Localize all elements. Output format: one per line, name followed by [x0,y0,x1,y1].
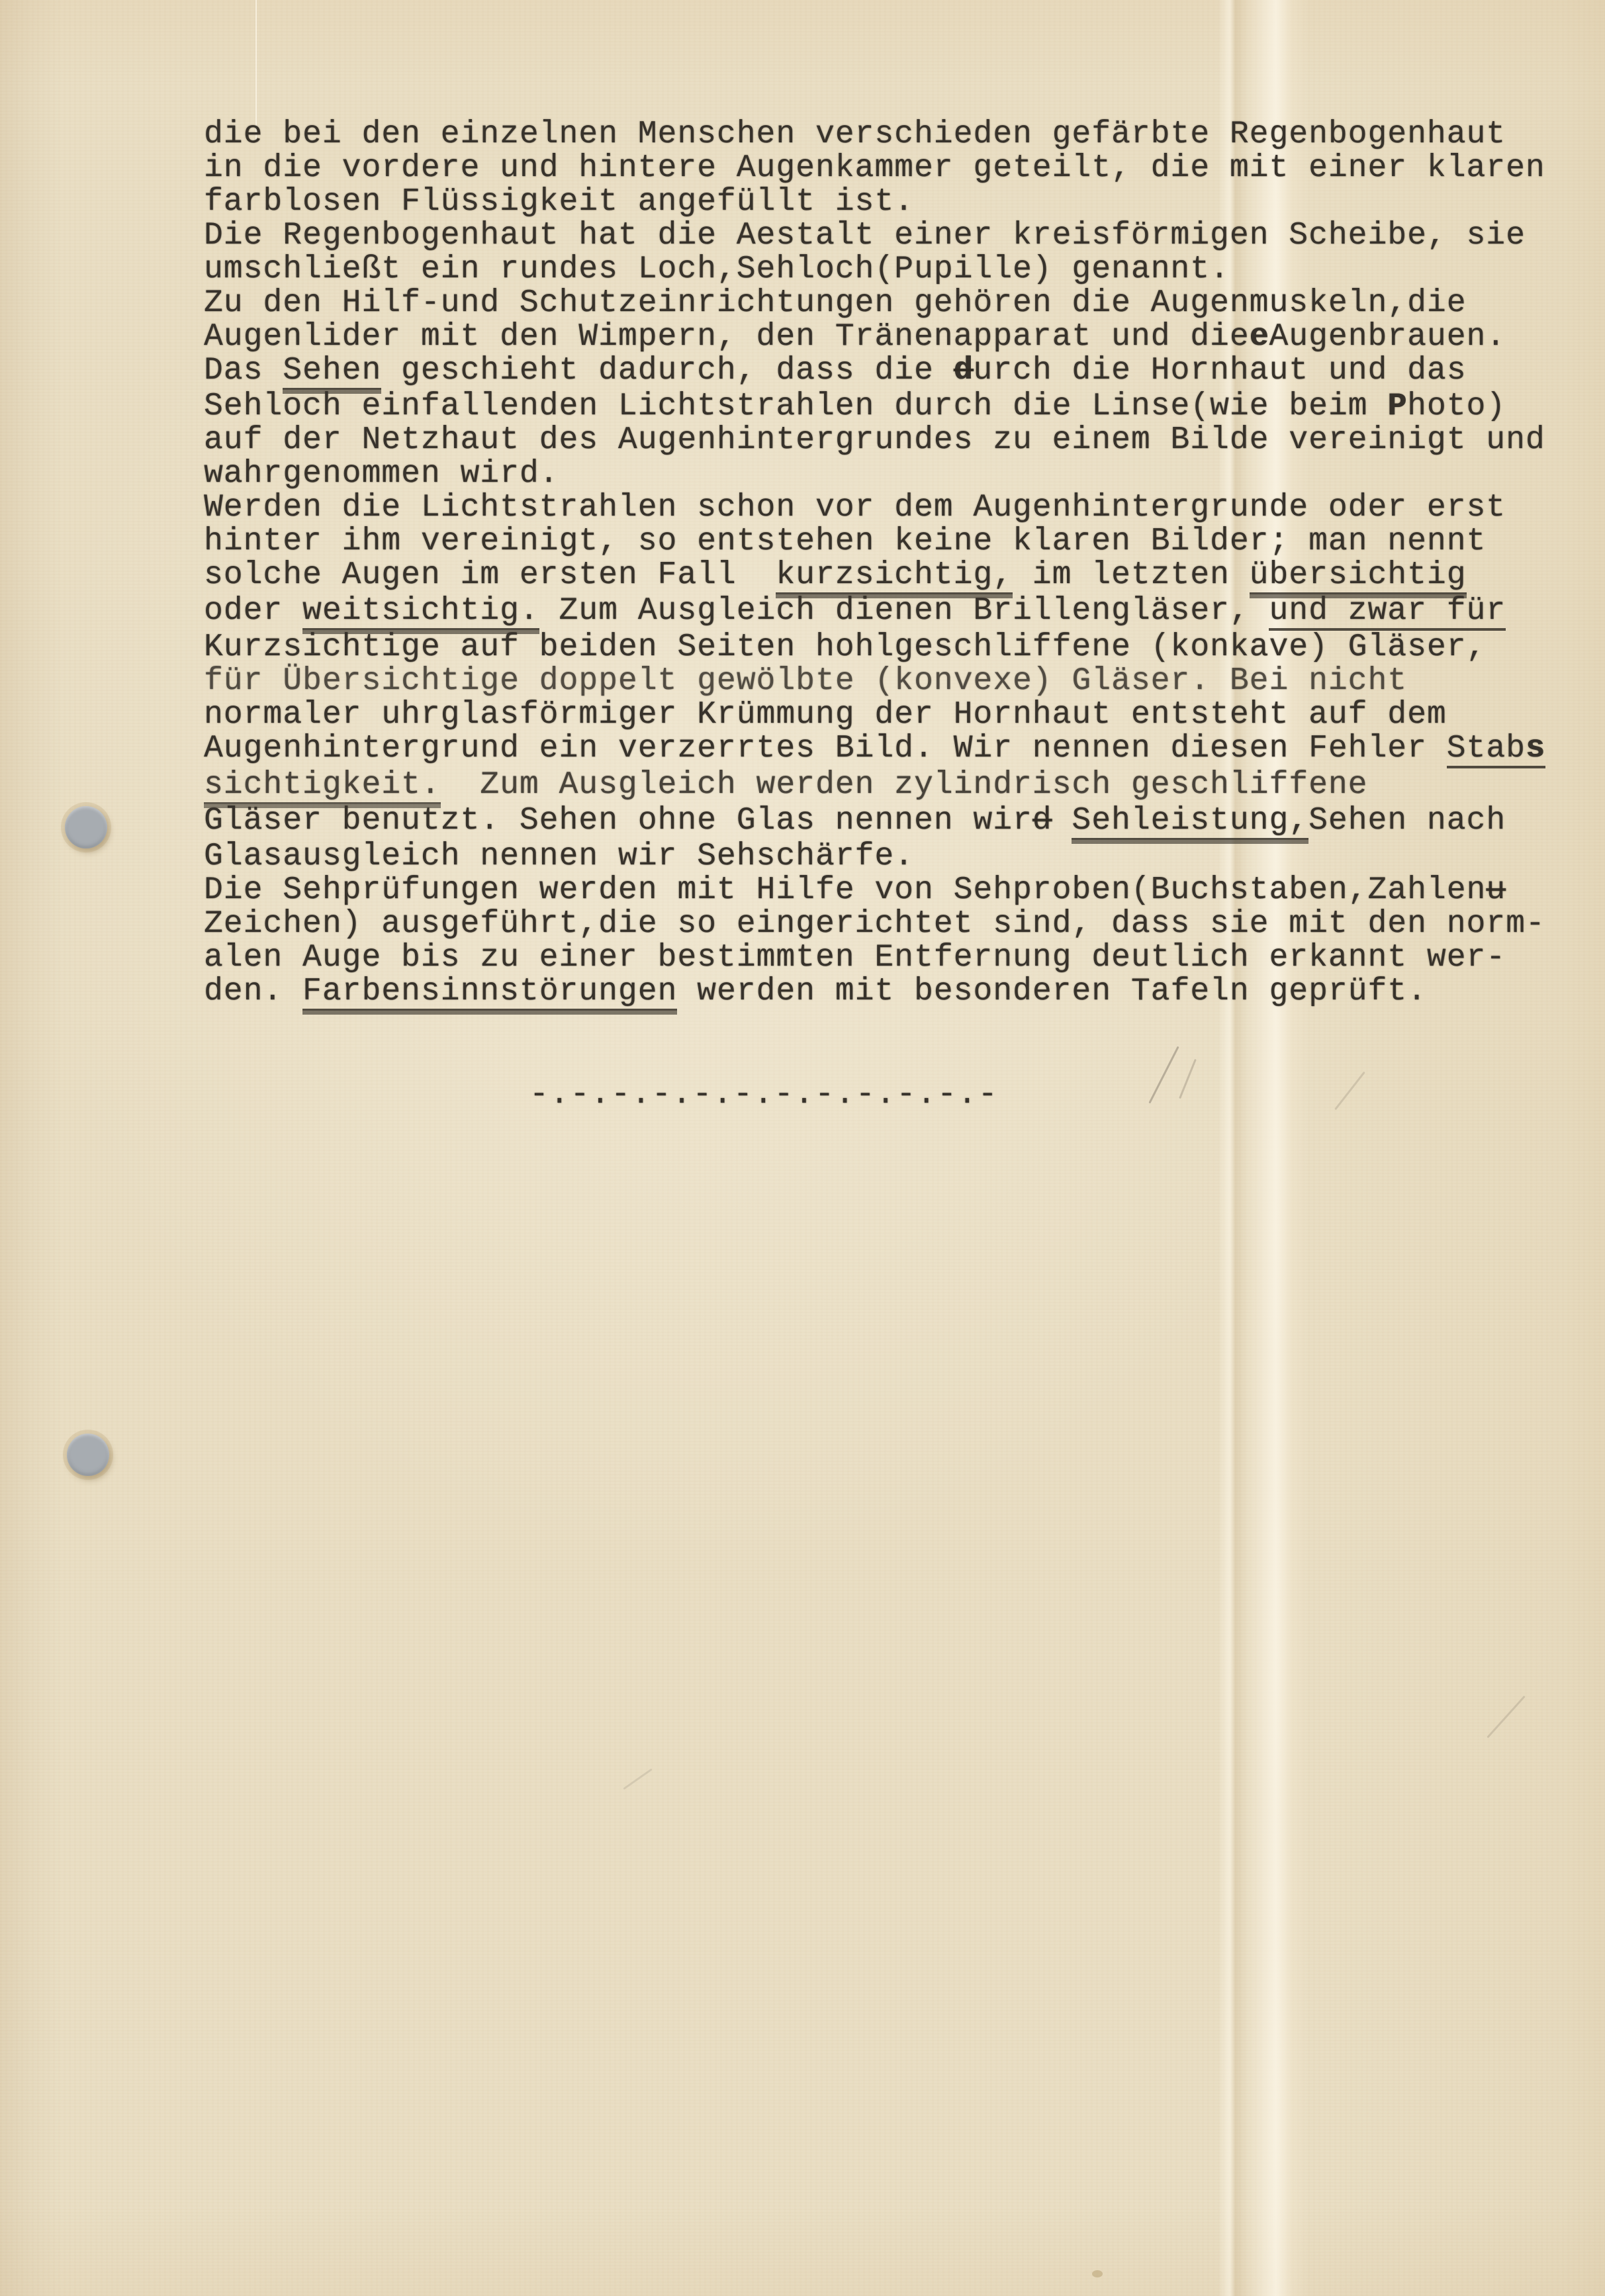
typewritten-line: solche Augen im ersten Fall kurzsichtig,… [204,559,1579,594]
typewritten-line: den. Farbensinnstörungen werden mit beso… [204,975,1579,1011]
typewritten-line: umschließt ein rundes Loch,Sehloch(Pupil… [204,253,1579,287]
text-segment: Augenhintergrund ein verzerrtes Bild. Wi… [204,732,1447,766]
typewritten-line: Zeichen) ausgeführt,die so eingerichtet … [204,907,1579,941]
punch-hole-bottom [67,1434,109,1476]
separator-line: -.-.-.-.-.-.-.-.-.-.-.- [204,1078,1579,1112]
typewritten-line: wahrgenommen wird. [204,457,1579,491]
underlined-text: Sehleistung, [1072,804,1308,840]
text-segment: Kurzsichtige auf beiden Seiten hohlgesch… [204,631,1486,665]
typewritten-line: Gläser benutzt. Sehen ohne Glas nennen w… [204,804,1579,840]
punch-hole-top [65,806,107,849]
underlined-text: weitsichtig. [302,594,539,630]
typewritten-line: Augenlider mit den Wimpern, den Tränenap… [204,320,1579,354]
text-segment: Sehloch einfallenden Lichtstrahlen durch… [204,390,1387,424]
typewritten-line: die bei den einzelnen Menschen verschied… [204,118,1579,152]
text-segment: oder [204,594,302,628]
text-segment: Glasausgleich nennen wir Sehschärfe. [204,840,914,874]
underlined-text: kurzsichtig, [776,559,1013,594]
typewritten-line: Augenhintergrund ein verzerrtes Bild. Wi… [204,732,1579,768]
text-segment: auf der Netzhaut des Augenhintergrundes … [204,424,1545,457]
typewritten-line: Das Sehen geschieht dadurch, dass die du… [204,354,1579,390]
underlined-text: sichtigkeit. [204,768,441,804]
paper-stain [1092,2270,1103,2277]
typewritten-line: Zu den Hilf-und Schutzeinrichtungen gehö… [204,287,1579,320]
struck-text: d [1032,804,1052,838]
text-segment: hoto) [1407,390,1506,424]
text-segment: hinter ihm vereinigt, so entstehen keine… [204,525,1486,559]
text-segment: e [1250,320,1269,354]
text-segment: werden mit besonderen Tafeln geprüft. [677,975,1427,1009]
text-segment: Zu den Hilf-und Schutzeinrichtungen gehö… [204,287,1467,320]
text-segment: Gläser benutzt. Sehen ohne Glas nennen w… [204,804,1032,838]
text-segment: urch die Hornhaut und das [973,354,1466,388]
struck-text: u [1486,874,1506,907]
text-segment: solche Augen im ersten Fall [204,559,776,592]
pencil-mark [623,1768,652,1790]
typewritten-line: Kurzsichtige auf beiden Seiten hohlgesch… [204,631,1579,665]
text-block: die bei den einzelnen Menschen verschied… [204,118,1579,1112]
typewritten-line: sichtigkeit. Zum Ausgleich werden zylind… [204,768,1579,804]
typewritten-line: alen Auge bis zu einer bestimmten Entfer… [204,941,1579,975]
typewritten-line: in die vordere und hintere Augenkammer g… [204,152,1579,185]
text-segment: farblosen Flüssigkeit angefüllt ist. [204,185,914,219]
underlined-text: übersichtig [1250,559,1467,594]
struck-text: d [954,354,974,388]
text-segment: den. [204,975,302,1009]
text-segment: Zum Ausgleich werden zylindrisch geschli… [441,768,1368,802]
typewritten-line: farblosen Flüssigkeit angefüllt ist. [204,185,1579,219]
text-segment: im letzten [1013,559,1250,592]
text-segment: Zum Ausgleich dienen Brillengläser, [539,594,1269,628]
text-segment: Werden die Lichtstrahlen schon vor dem A… [204,491,1506,525]
text-segment: für Übersichtige doppelt gewölbte (konve… [204,665,1407,698]
typewritten-line: Sehloch einfallenden Lichtstrahlen durch… [204,390,1579,424]
text-segment: Augenlider mit den Wimpern, den Tränenap… [204,320,1250,354]
typewritten-line: für Übersichtige doppelt gewölbte (konve… [204,665,1579,698]
text-segment: wahrgenommen wird. [204,457,559,491]
text-segment: P [1387,390,1407,424]
typewritten-line: Werden die Lichtstrahlen schon vor dem A… [204,491,1579,525]
typewritten-line: Die Sehprüfungen werden mit Hilfe von Se… [204,874,1579,907]
text-segment: -.-.-.-.-.-.-.-.-.-.-.- [529,1078,999,1112]
text-segment: Das [204,354,283,388]
text-segment: normaler uhrglasförmiger Krümmung der Ho… [204,698,1447,732]
text-segment: Augenbrauen. [1269,320,1506,354]
typewritten-line: auf der Netzhaut des Augenhintergrundes … [204,424,1579,457]
typewritten-line: Die Regenbogenhaut hat die Aestalt einer… [204,219,1579,253]
typewritten-line: oder weitsichtig. Zum Ausgleich dienen B… [204,594,1579,631]
text-segment: Sehen nach [1308,804,1506,838]
text-segment [1052,804,1072,838]
underlined-text: Stab [1447,732,1526,768]
typewritten-line [204,1044,1579,1078]
text-segment: alen Auge bis zu einer bestimmten Entfer… [204,941,1506,975]
underlined-text: Farbensinnstörungen [302,975,677,1011]
underlined-text: s [1526,732,1545,768]
text-segment: Die Regenbogenhaut hat die Aestalt einer… [204,219,1526,253]
text-segment: umschließt ein rundes Loch,Sehloch(Pupil… [204,253,1230,287]
underlined-text: und zwar für [1269,594,1506,631]
pencil-mark [1487,1696,1525,1738]
typewritten-line: normaler uhrglasförmiger Krümmung der Ho… [204,698,1579,732]
text-segment: Die Sehprüfungen werden mit Hilfe von Se… [204,874,1486,907]
text-segment: geschieht dadurch, dass die [381,354,953,388]
text-segment: Zeichen) ausgeführt,die so eingerichtet … [204,907,1545,941]
underlined-text: Sehen [283,354,381,390]
typewritten-line: hinter ihm vereinigt, so entstehen keine… [204,525,1579,559]
typewritten-line [204,1011,1579,1044]
text-segment: in die vordere und hintere Augenkammer g… [204,152,1545,185]
text-segment: die bei den einzelnen Menschen verschied… [204,118,1506,152]
typewritten-line: Glasausgleich nennen wir Sehschärfe. [204,840,1579,874]
scanned-page: die bei den einzelnen Menschen verschied… [0,0,1605,2296]
